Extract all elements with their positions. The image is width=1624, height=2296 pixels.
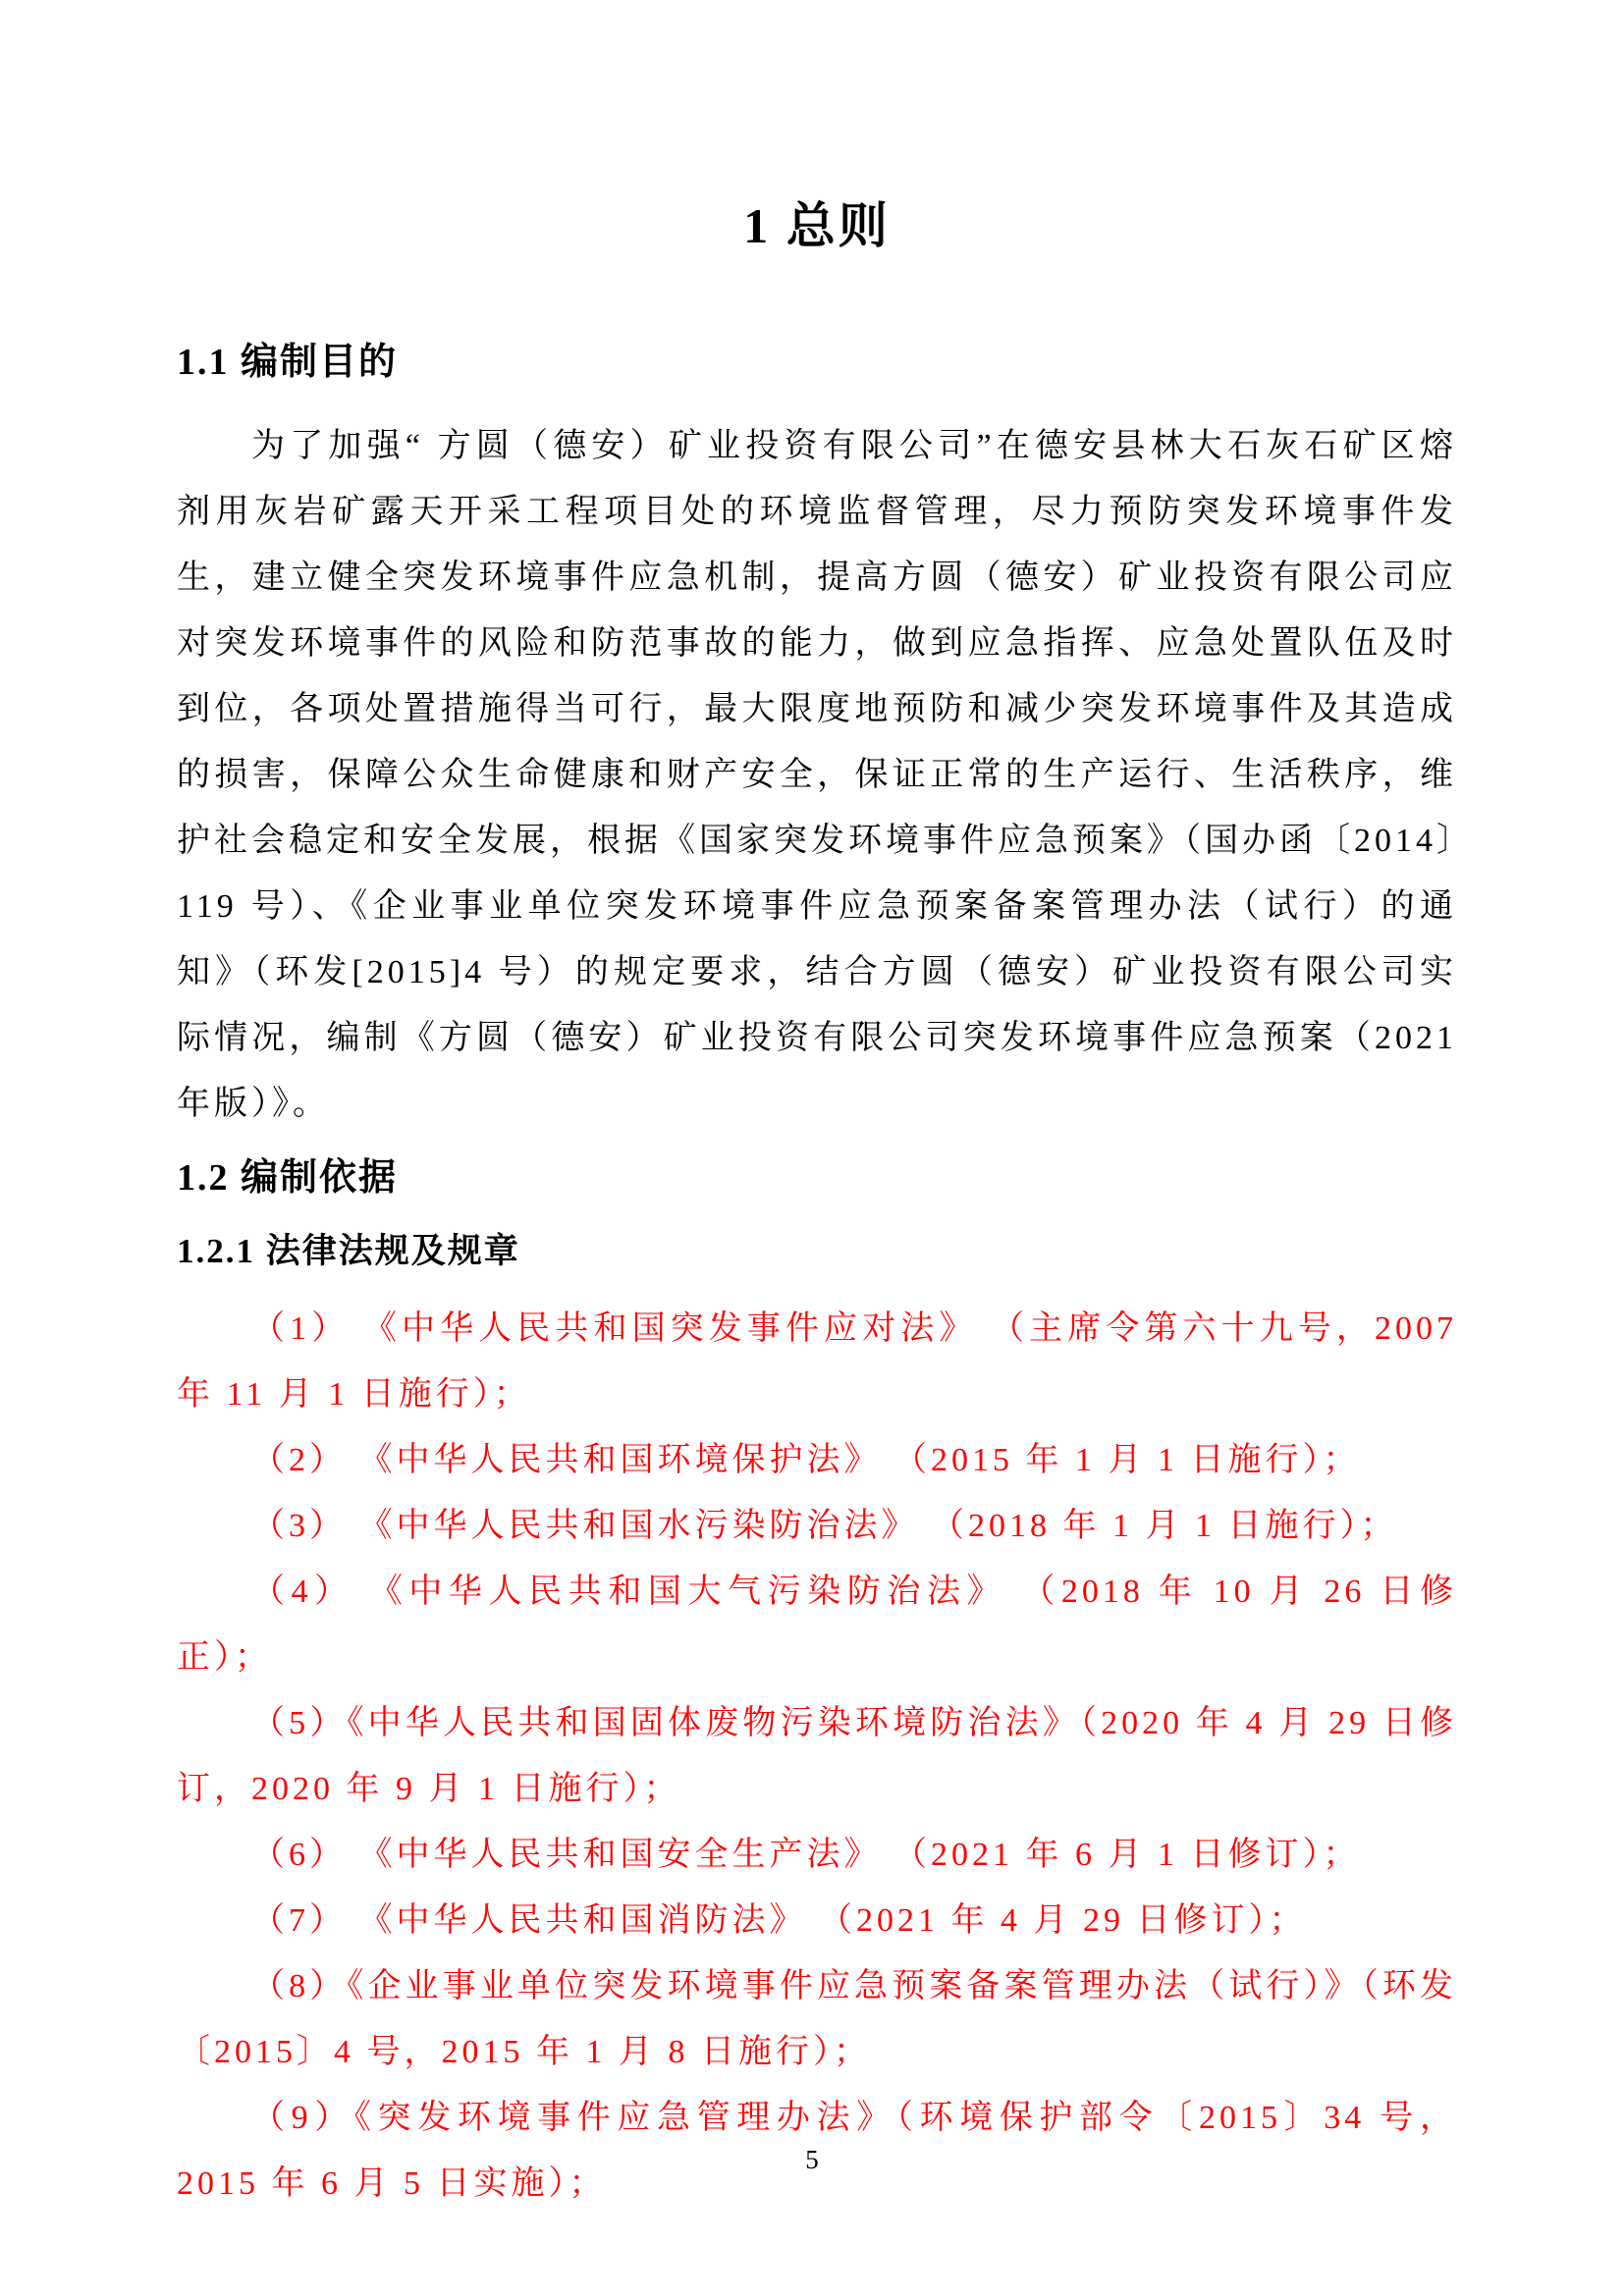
legal-item-2: （2） 《中华人民共和国环境保护法》 （2015 年 1 月 1 日施行）； [177,1427,1457,1493]
page-number: 5 [0,2143,1624,2176]
section-1-2-1-heading: 1.2.1 法律法规及规章 [177,1229,1457,1274]
legal-item-6: （6） 《中华人民共和国安全生产法》 （2021 年 6 月 1 日修订）； [177,1822,1457,1888]
section-1-1-paragraph: 为了加强“ 方圆（德安）矿业投资有限公司”在德安县林大石灰石矿区熔剂用灰岩矿露天… [177,413,1457,1137]
legal-item-4: （4） 《中华人民共和国大气污染防治法》 （2018 年 10 月 26 日修正… [177,1559,1457,1690]
document-page: 1 总则 1.1 编制目的 为了加强“ 方圆（德安）矿业投资有限公司”在德安县林… [0,0,1624,2296]
legal-item-7: （7） 《中华人民共和国消防法》 （2021 年 4 月 29 日修订）； [177,1888,1457,1953]
section-1-1-heading: 1.1 编制目的 [177,339,1457,386]
section-1-2-heading: 1.2 编制依据 [177,1154,1457,1201]
legal-item-5: （5）《中华人民共和国固体废物污染环境防治法》（2020 年 4 月 29 日修… [177,1690,1457,1822]
legal-item-8: （8）《企业事业单位突发环境事件应急预案备案管理办法（试行）》（环发〔2015〕… [177,1953,1457,2085]
legal-item-1: （1） 《中华人民共和国突发事件应对法》 （主席令第六十九号，2007 年 11… [177,1296,1457,1427]
legal-references-list: （1） 《中华人民共和国突发事件应对法》 （主席令第六十九号，2007 年 11… [177,1296,1457,2216]
chapter-title: 1 总则 [177,196,1457,255]
legal-item-3: （3） 《中华人民共和国水污染防治法》 （2018 年 1 月 1 日施行）； [177,1493,1457,1559]
